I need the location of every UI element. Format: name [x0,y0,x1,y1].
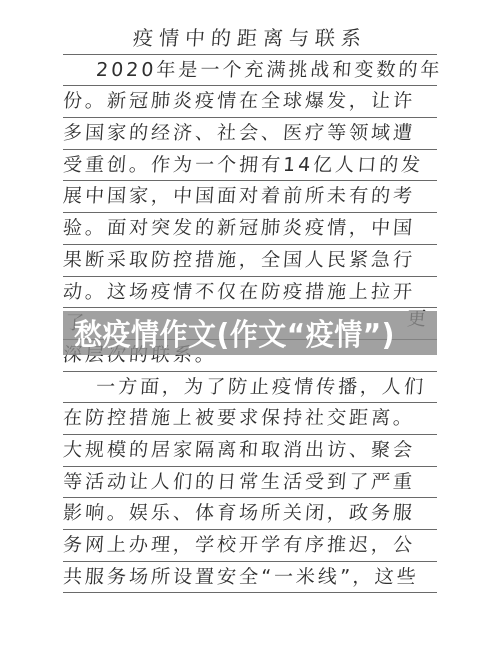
essay-line-text: 等活动让人们的日常生活受到了严重 [62,467,416,498]
essay-line: 等活动让人们的日常生活受到了严重 [63,467,437,499]
watermark-banner: 愁疫情作文(作文“疫情”) [63,311,437,355]
essay-line: 多国家的经济、社会、医疗等领域遭 [63,118,437,150]
essay-line: 受重创。作为一个拥有14亿人口的发 [63,150,437,182]
essay-line-text: 共服务场所设置安全“一米线”，这些 [62,562,420,593]
essay-line: 一方面，为了防止疫情传播，人们 [63,372,437,404]
essay-line: 份。新冠肺炎疫情在全球爆发，让许 [63,86,437,118]
essay-title: 疫情中的距离与联系 [132,23,368,54]
essay-title-line: 疫情中的距离与联系 [63,23,437,55]
essay-line-text: 2020年是一个充满挑战和变数的年 [95,55,444,86]
essay-line-text: 动。这场疫情不仅在防疫措施上拉开 [62,277,416,308]
essay-line-text: 在防控措施上被要求保持社交距离。 [62,403,416,434]
essay-page: 疫情中的距离与联系 2020年是一个充满挑战和变数的年份。新冠肺炎疫情在全球爆发… [0,0,500,666]
essay-line-text: 多国家的经济、社会、医疗等领域遭 [62,118,416,149]
essay-line-text: 影响。娱乐、体育场所关闭，政务服 [62,498,416,529]
essay-line-text: 大规模的居家隔离和取消出访、聚会 [62,435,416,466]
essay-line-text: 果断采取防控措施，全国人民紧急行 [62,245,416,276]
essay-line-text: 展中国家，中国面对着前所未有的考 [62,181,416,212]
essay-line: 在防控措施上被要求保持社交距离。 [63,403,437,435]
essay-line: 果断采取防控措施，全国人民紧急行 [63,245,437,277]
essay-line: 展中国家，中国面对着前所未有的考 [63,181,437,213]
essay-line: 影响。娱乐、体育场所关闭，政务服 [63,498,437,530]
essay-line-text: 一方面，为了防止疫情传播，人们 [95,372,427,403]
essay-line: 验。面对突发的新冠肺炎疫情，中国 [63,213,437,245]
essay-line: 2020年是一个充满挑战和变数的年 [63,55,437,87]
essay-column: 疫情中的距离与联系 2020年是一个充满挑战和变数的年份。新冠肺炎疫情在全球爆发… [63,23,437,593]
essay-line: 共服务场所设置安全“一米线”，这些 [63,562,437,594]
essay-line-text: 受重创。作为一个拥有14亿人口的发 [62,150,424,181]
essay-line: 务网上办理，学校开学有序推迟，公 [63,530,437,562]
essay-line: 大规模的居家隔离和取消出访、聚会 [63,435,437,467]
watermark-banner-text: 愁疫情作文(作文“疫情”) [63,311,395,354]
essay-line: 动。这场疫情不仅在防疫措施上拉开 [63,277,437,309]
essay-line-text: 验。面对突发的新冠肺炎疫情，中国 [62,213,416,244]
essay-line-text: 份。新冠肺炎疫情在全球爆发，让许 [62,86,416,117]
essay-line-text: 务网上办理，学校开学有序推迟，公 [62,530,416,561]
